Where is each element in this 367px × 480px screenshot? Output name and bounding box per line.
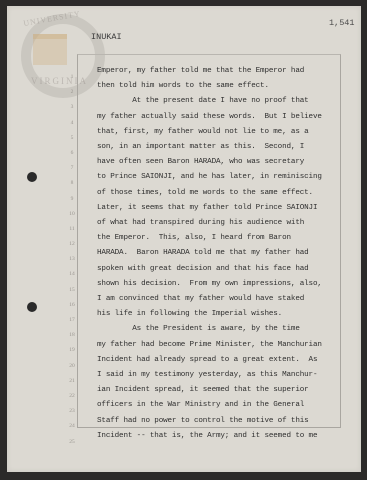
rotunda-icon (33, 34, 67, 65)
line-number: 17 (65, 313, 79, 328)
text-line: spoken with great decision and that his … (97, 262, 337, 277)
text-line: my father had become Prime Minister, the… (97, 338, 337, 353)
punch-hole-icon (27, 302, 37, 312)
line-number: 23 (65, 404, 79, 419)
text-line: of what had transpired during his audien… (97, 216, 337, 231)
line-number: 11 (65, 222, 79, 237)
text-line: I said in my testimony yesterday, as thi… (97, 368, 337, 383)
line-number: 24 (65, 419, 79, 434)
line-number: 25 (65, 435, 79, 450)
text-line: I am convinced that my father would have… (97, 292, 337, 307)
line-number: 15 (65, 283, 79, 298)
text-line: that, first, my father would not lie to … (97, 125, 337, 140)
text-line: As the President is aware, by the time (97, 322, 337, 337)
line-number: 6 (65, 146, 79, 161)
line-number: 18 (65, 328, 79, 343)
line-number: 5 (65, 131, 79, 146)
line-number: 3 (65, 100, 79, 115)
line-number: 14 (65, 267, 79, 282)
line-number: 13 (65, 252, 79, 267)
line-number: 2 (65, 85, 79, 100)
text-line: ian Incident spread, it seemed that the … (97, 383, 337, 398)
line-number: 10 (65, 207, 79, 222)
punch-hole-icon (27, 172, 37, 182)
text-line: my father actually said these words. But… (97, 110, 337, 125)
text-line: then told him words to the same effect. (97, 79, 337, 94)
line-number: 12 (65, 237, 79, 252)
line-number: 9 (65, 192, 79, 207)
line-number: 20 (65, 359, 79, 374)
text-line: shown his decision. From my own impressi… (97, 277, 337, 292)
line-number: 22 (65, 389, 79, 404)
line-number: 1 (65, 70, 79, 85)
line-number: 4 (65, 116, 79, 131)
text-line: have often seen Baron HARADA, who was se… (97, 155, 337, 170)
text-line: HARADA. Baron HARADA told me that my fat… (97, 246, 337, 261)
text-line: Emperor, my father told me that the Empe… (97, 64, 337, 79)
witness-name-header: INUKAI (91, 32, 122, 42)
line-number: 19 (65, 343, 79, 358)
line-number-column: 1 2 3 4 5 6 7 8 9 10 11 12 13 14 15 16 1… (65, 70, 79, 450)
text-line: son, in an important matter as this. Sec… (97, 140, 337, 155)
text-line: At the present date I have no proof that (97, 94, 337, 109)
text-line: Staff had no power to control the motive… (97, 414, 337, 429)
text-line: to Prince SAIONJI, and he has later, in … (97, 170, 337, 185)
text-line: officers in the War Ministry and in the … (97, 398, 337, 413)
document-page: UNIVERSITY VIRGINIA INUKAI 1,541 1 2 3 4… (7, 6, 361, 472)
line-number: 7 (65, 161, 79, 176)
text-line: Incident had already spread to a great e… (97, 353, 337, 368)
line-number: 21 (65, 374, 79, 389)
text-line: his life in following the Imperial wishe… (97, 307, 337, 322)
line-number: 8 (65, 176, 79, 191)
line-number: 16 (65, 298, 79, 313)
text-line: the Emperor. This, also, I heard from Ba… (97, 231, 337, 246)
text-line: Incident -- that is, the Army; and it se… (97, 429, 337, 444)
text-line: Later, it seems that my father told Prin… (97, 201, 337, 216)
page-number: 1,541 (329, 18, 355, 28)
text-line: of those times, told me words to the sam… (97, 186, 337, 201)
transcript-text: Emperor, my father told me that the Empe… (97, 64, 337, 444)
